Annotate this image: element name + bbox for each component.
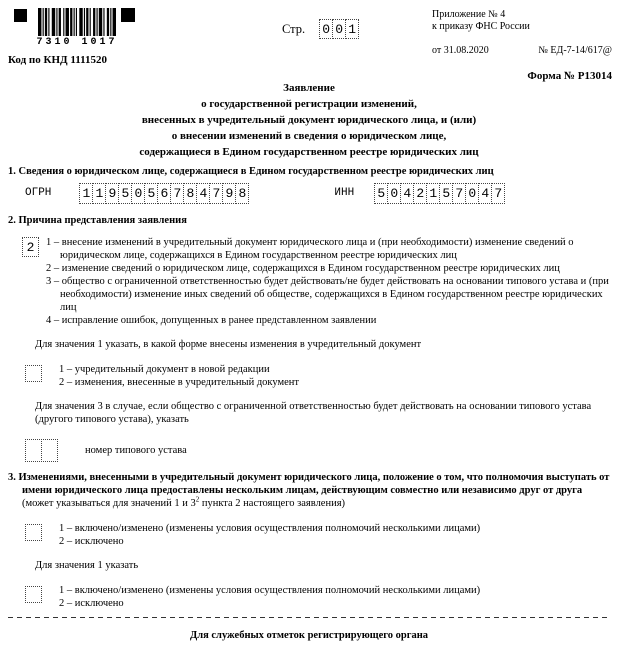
inn-digit-cell[interactable]: 2 [413,183,427,204]
ogrn-digit-cell[interactable]: 4 [196,183,210,204]
ogrn-digit-cell[interactable]: 5 [118,183,132,204]
ogrn-digit-cell[interactable]: 6 [157,183,171,204]
ogrn-field: 1 1 9 5 0 5 6 7 8 4 7 9 8 [79,183,249,204]
charter-form-select: 1 – учредительный документ в новой редак… [25,363,610,389]
charter-form-option-1: 1 – учредительный документ в новой редак… [59,363,299,376]
ogrn-digit-cell[interactable]: 8 [183,183,197,204]
section1-heading: 1. Сведения о юридическом лице, содержащ… [8,165,610,178]
section3-note: (может указываться для значений 1 и 32 п… [8,497,610,510]
value3-note: Для значения 3 в случае, если общество с… [35,400,610,426]
ogrn-digit-cell[interactable]: 7 [170,183,184,204]
inn-digit-cell[interactable]: 0 [387,183,401,204]
powers-group1-option-1: 1 – включено/изменено (изменены условия … [59,522,480,535]
form-title-line: содержащиеся в Едином государственном ре… [8,144,610,160]
reason-value-box[interactable]: 2 [22,237,39,257]
ogrn-digit-cell[interactable]: 0 [131,183,145,204]
ogrn-label: ОГРН [25,187,51,200]
charter-number-cell[interactable] [25,439,42,462]
powers-select-group2: 1 – включено/изменено (изменены условия … [25,584,610,610]
ogrn-digit-cell[interactable]: 7 [209,183,223,204]
reason-item-3: 3 – общество с ограниченной ответственно… [46,275,610,314]
value1-note: Для значения 1 указать, в какой форме вн… [35,338,610,351]
ogrn-digit-cell[interactable]: 8 [235,183,249,204]
section2-heading: 2. Причина представления заявления [8,214,610,227]
ogrn-digit-cell[interactable]: 1 [79,183,93,204]
reason-item-4: 4 – исправление ошибок, допущенных в ран… [46,314,610,327]
inn-digit-cell[interactable]: 4 [478,183,492,204]
inn-digit-cell[interactable]: 1 [426,183,440,204]
reason-list: 1 – внесение изменений в учредительный д… [46,236,610,327]
charter-number-field: номер типового устава [25,439,610,462]
powers-group1-option-2: 2 – исключено [59,535,480,548]
section3-note-suffix: пункта 2 настоящего заявления) [199,498,345,509]
charter-form-checkbox[interactable] [25,365,42,382]
section3-heading: 3. Изменениями, внесенными в учредительн… [8,471,610,497]
section1-fields: ОГРН 1 1 9 5 0 5 6 7 8 4 7 9 8 ИНН 5 0 4 [25,183,610,204]
powers-group2-checkbox[interactable] [25,586,42,603]
section3-note-prefix: (может указываться для значений 1 и 3 [22,498,196,509]
powers-group1-checkbox[interactable] [25,524,42,541]
ogrn-digit-cell[interactable]: 9 [222,183,236,204]
ogrn-digit-cell[interactable]: 1 [92,183,106,204]
inn-digit-cell[interactable]: 7 [452,183,466,204]
form-title: Заявление о государственной регистрации … [8,80,610,160]
charter-number-cell[interactable] [41,439,58,462]
inn-digit-cell[interactable]: 7 [491,183,505,204]
section3-value1-note: Для значения 1 указать [35,559,610,572]
ogrn-digit-cell[interactable]: 5 [144,183,158,204]
tear-off-separator [8,617,610,618]
powers-group2-option-2: 2 – исключено [59,597,480,610]
charter-form-option-2: 2 – изменения, внесенные в учредительный… [59,376,299,389]
powers-group2-option-1: 1 – включено/изменено (изменены условия … [59,584,480,597]
inn-digit-cell[interactable]: 4 [400,183,414,204]
reason-item-2: 2 – изменение сведений о юридическом лиц… [46,262,610,275]
reason-item-1: 1 – внесение изменений в учредительный д… [46,236,610,262]
inn-label: ИНН [334,187,354,200]
form-p13014-page: 7310 1017 Код по КНД 1111520 Стр. 0 0 1 … [0,0,618,670]
ogrn-digit-cell[interactable]: 9 [105,183,119,204]
form-title-line: Заявление [8,80,610,96]
section2-reason-select: 2 1 – внесение изменений в учредительный… [8,236,610,327]
form-title-line: о государственной регистрации изменений, [8,96,610,112]
inn-field: 5 0 4 2 1 5 7 0 4 7 [374,183,505,204]
inn-digit-cell[interactable]: 5 [439,183,453,204]
charter-number-label: номер типового устава [85,444,187,457]
powers-select-group1: 1 – включено/изменено (изменены условия … [25,522,610,548]
form-title-line: о внесении изменений в сведения о юридич… [8,128,610,144]
service-marks-note: Для служебных отметок регистрирующего ор… [8,629,610,642]
inn-digit-cell[interactable]: 0 [465,183,479,204]
form-title-line: внесенных в учредительный документ юриди… [8,112,610,128]
inn-digit-cell[interactable]: 5 [374,183,388,204]
